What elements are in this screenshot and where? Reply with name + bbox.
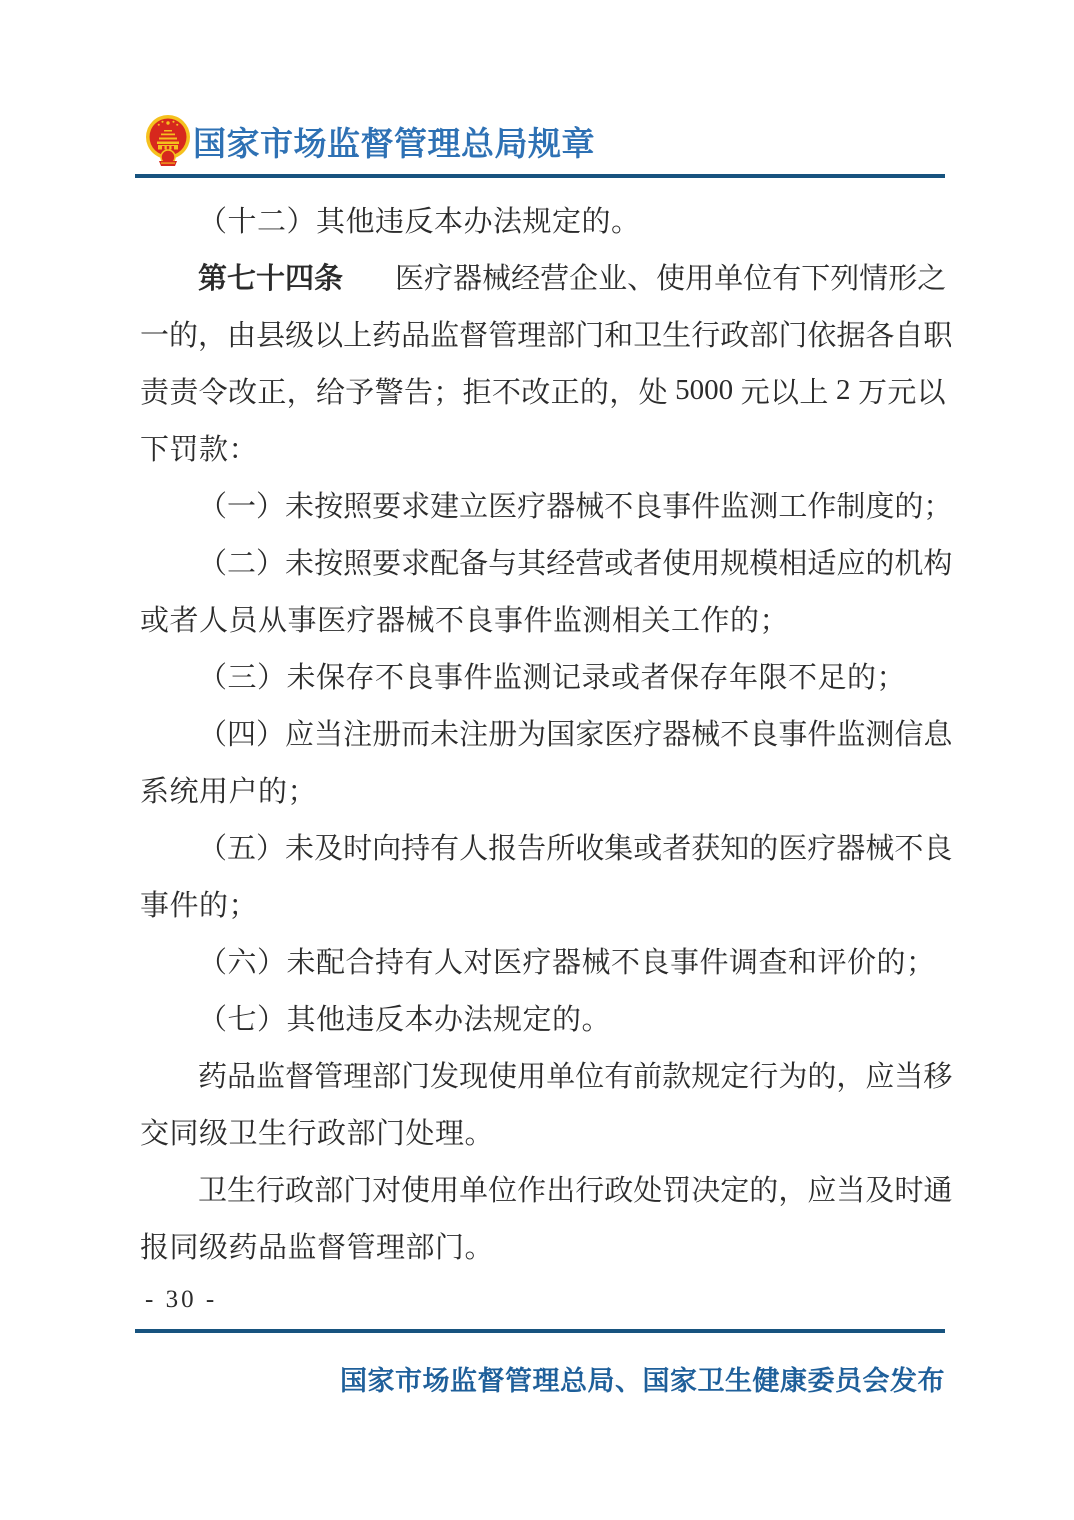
text-line: 交同级卫生行政部门处理。 bbox=[140, 1103, 946, 1160]
text-line: （一）未按照要求建立医疗器械不良事件监测工作制度的； bbox=[140, 476, 946, 533]
text-line: 事件的； bbox=[140, 875, 946, 932]
text-line: （二）未按照要求配备与其经营或者使用规模相适应的机构 bbox=[140, 533, 946, 590]
text-line: 系统用户的； bbox=[140, 761, 946, 818]
body-text: （十二）其他违反本办法规定的。第七十四条医疗器械经营企业、使用单位有下列情形之一… bbox=[140, 191, 946, 1274]
text-line: 责责令改正，给予警告；拒不改正的，处 5000 元以上 2 万元以 bbox=[140, 362, 946, 419]
national-emblem-icon bbox=[144, 114, 192, 167]
article-number: 第七十四条 bbox=[198, 256, 343, 297]
text-line: （三）未保存不良事件监测记录或者保存年限不足的； bbox=[140, 647, 946, 704]
footer-divider bbox=[135, 1329, 945, 1333]
text-line: 药品监督管理部门发现使用单位有前款规定行为的，应当移 bbox=[140, 1046, 946, 1103]
text-line: （六）未配合持有人对医疗器械不良事件调查和评价的； bbox=[140, 932, 946, 989]
text-line: （七）其他违反本办法规定的。 bbox=[140, 989, 946, 1046]
publisher-line: 国家市场监督管理总局、国家卫生健康委员会发布 bbox=[340, 1359, 945, 1398]
text-line: 第七十四条医疗器械经营企业、使用单位有下列情形之 bbox=[140, 248, 946, 305]
text-line: （四）应当注册而未注册为国家医疗器械不良事件监测信息 bbox=[140, 704, 946, 761]
header-title: 国家市场监督管理总局规章 bbox=[193, 118, 595, 165]
text-line: 卫生行政部门对使用单位作出行政处罚决定的，应当及时通 bbox=[140, 1160, 946, 1217]
page-number: - 30 - bbox=[145, 1286, 217, 1314]
text-line: （五）未及时向持有人报告所收集或者获知的医疗器械不良 bbox=[140, 818, 946, 875]
text-line: 一的，由县级以上药品监督管理部门和卫生行政部门依据各自职 bbox=[140, 305, 946, 362]
text-line: 报同级药品监督管理部门。 bbox=[140, 1217, 946, 1274]
document-page: 国家市场监督管理总局规章 （十二）其他违反本办法规定的。第七十四条医疗器械经营企… bbox=[0, 0, 1074, 1520]
text-line: （十二）其他违反本办法规定的。 bbox=[140, 191, 946, 248]
header-divider bbox=[135, 174, 945, 178]
text-line: 下罚款： bbox=[140, 419, 946, 476]
text-line: 或者人员从事医疗器械不良事件监测相关工作的； bbox=[140, 590, 946, 647]
